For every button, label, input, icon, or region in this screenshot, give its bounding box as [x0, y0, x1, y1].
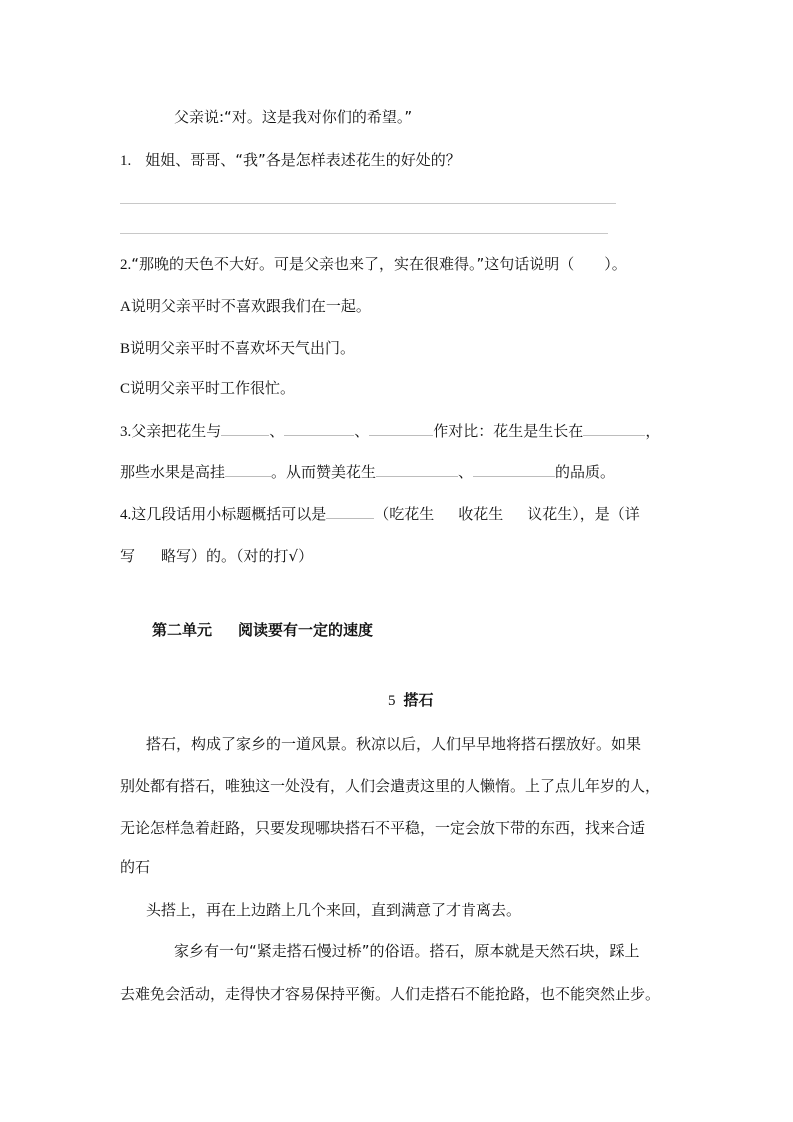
choice-brief[interactable]: 略写）的。（对的打√） — [161, 547, 313, 565]
question-4-line-1: 4.这几段话用小标题概括可以是（吃花生收花生议花生），是（详 — [120, 504, 640, 525]
choice-eat-peanut[interactable]: （吃花生 — [374, 505, 434, 523]
passage-line-4: 的石 — [120, 857, 150, 877]
question-1-number: 1. — [120, 153, 131, 169]
passage-line-6: 家乡有一句“紧走搭石慢过桥”的俗语。搭石，原本就是天然石块，踩上 — [174, 941, 640, 961]
blank-compare-2[interactable] — [284, 421, 354, 436]
question-2-number: 2. — [120, 257, 131, 273]
option-c-text: 说明父亲平时工作很忙。 — [130, 379, 295, 397]
choice-discuss-peanut[interactable]: 议花生），是（详 — [527, 505, 640, 523]
unit-title: 阅读要有一定的速度 — [238, 621, 373, 639]
choice-detailed[interactable]: 写 — [120, 547, 135, 565]
question-3-line2-middle: 。从而赞美花生 — [271, 463, 376, 481]
option-b[interactable]: B说明父亲平时不喜欢坏天气出门。 — [120, 338, 355, 359]
blank-quality-2[interactable] — [473, 462, 555, 477]
question-4-line-2: 写略写）的。（对的打√） — [120, 546, 313, 566]
passage-line-5: 头搭上，再在上边踏上几个来回，直到满意了才肯离去。 — [146, 900, 521, 920]
blank-compare-1[interactable] — [221, 421, 269, 436]
lesson-number: 5 — [388, 693, 396, 709]
question-2-text: “那晚的天色不大好。可是父亲也来了，实在很难得。”这句话说明（ ）。 — [131, 255, 627, 273]
unit-heading: 第二单元阅读要有一定的速度 — [152, 620, 373, 640]
question-3-middle: 作对比：花生是生长在 — [433, 422, 583, 440]
question-4-number: 4. — [120, 507, 131, 523]
blank-compare-3[interactable] — [369, 421, 433, 436]
option-b-letter: B — [120, 341, 130, 357]
question-3-prefix: 父亲把花生与 — [131, 422, 221, 440]
unit-label: 第二单元 — [152, 621, 212, 639]
separator: 、 — [269, 422, 284, 440]
answer-line-1[interactable] — [120, 203, 616, 204]
question-3-line-1: 3.父亲把花生与、、作对比：花生是生长在， — [120, 421, 660, 442]
question-3-number: 3. — [120, 424, 131, 440]
lesson-name: 搭石 — [404, 691, 434, 709]
question-4-prefix: 这几段话用小标题概括可以是 — [131, 505, 326, 523]
blank-grows-in[interactable] — [583, 421, 645, 436]
question-3-line2-end: 的品质。 — [555, 463, 615, 481]
question-2: 2.“那晚的天色不大好。可是父亲也来了，实在很难得。”这句话说明（ ）。 — [120, 254, 627, 275]
father-quote: 父亲说:“对。这是我对你们的希望。” — [174, 107, 412, 127]
option-a-letter: A — [120, 299, 131, 315]
option-c-letter: C — [120, 381, 130, 397]
question-3-line-2: 那些水果是高挂。从而赞美花生、的品质。 — [120, 462, 615, 482]
passage-line-2: 别处都有搭石，唯独这一处没有，人们会遣责这里的人懒惰。上了点儿年岁的人， — [120, 776, 660, 796]
answer-line-2[interactable] — [120, 233, 608, 234]
option-b-text: 说明父亲平时不喜欢坏天气出门。 — [130, 339, 355, 357]
option-a-text: 说明父亲平时不喜欢跟我们在一起。 — [131, 297, 371, 315]
question-3-line2-prefix: 那些水果是高挂 — [120, 463, 225, 481]
separator: 、 — [354, 422, 369, 440]
question-1: 1.姐姐、哥哥、“我”各是怎样表述花生的好处的？ — [120, 150, 461, 171]
blank-quality-1[interactable] — [376, 462, 458, 477]
lesson-title: 5搭石 — [388, 690, 434, 711]
blank-subtitle[interactable] — [326, 504, 374, 519]
question-1-text: 姐姐、哥哥、“我”各是怎样表述花生的好处的？ — [145, 151, 461, 169]
passage-line-7: 去难免会活动，走得快才容易保持平衡。人们走搭石不能抢路，也不能突然止步。 — [120, 984, 660, 1004]
blank-hanging[interactable] — [225, 462, 271, 477]
option-c[interactable]: C说明父亲平时工作很忙。 — [120, 378, 295, 399]
separator: 、 — [458, 463, 473, 481]
comma: ， — [645, 422, 660, 440]
option-a[interactable]: A说明父亲平时不喜欢跟我们在一起。 — [120, 296, 371, 317]
passage-line-3: 无论怎样急着赶路，只要发现哪块搭石不平稳，一定会放下带的东西，找来合适 — [120, 818, 645, 838]
choice-harvest-peanut[interactable]: 收花生 — [458, 505, 503, 523]
passage-line-1: 搭石，构成了家乡的一道风景。秋凉以后，人们早早地将搭石摆放好。如果 — [146, 734, 641, 754]
